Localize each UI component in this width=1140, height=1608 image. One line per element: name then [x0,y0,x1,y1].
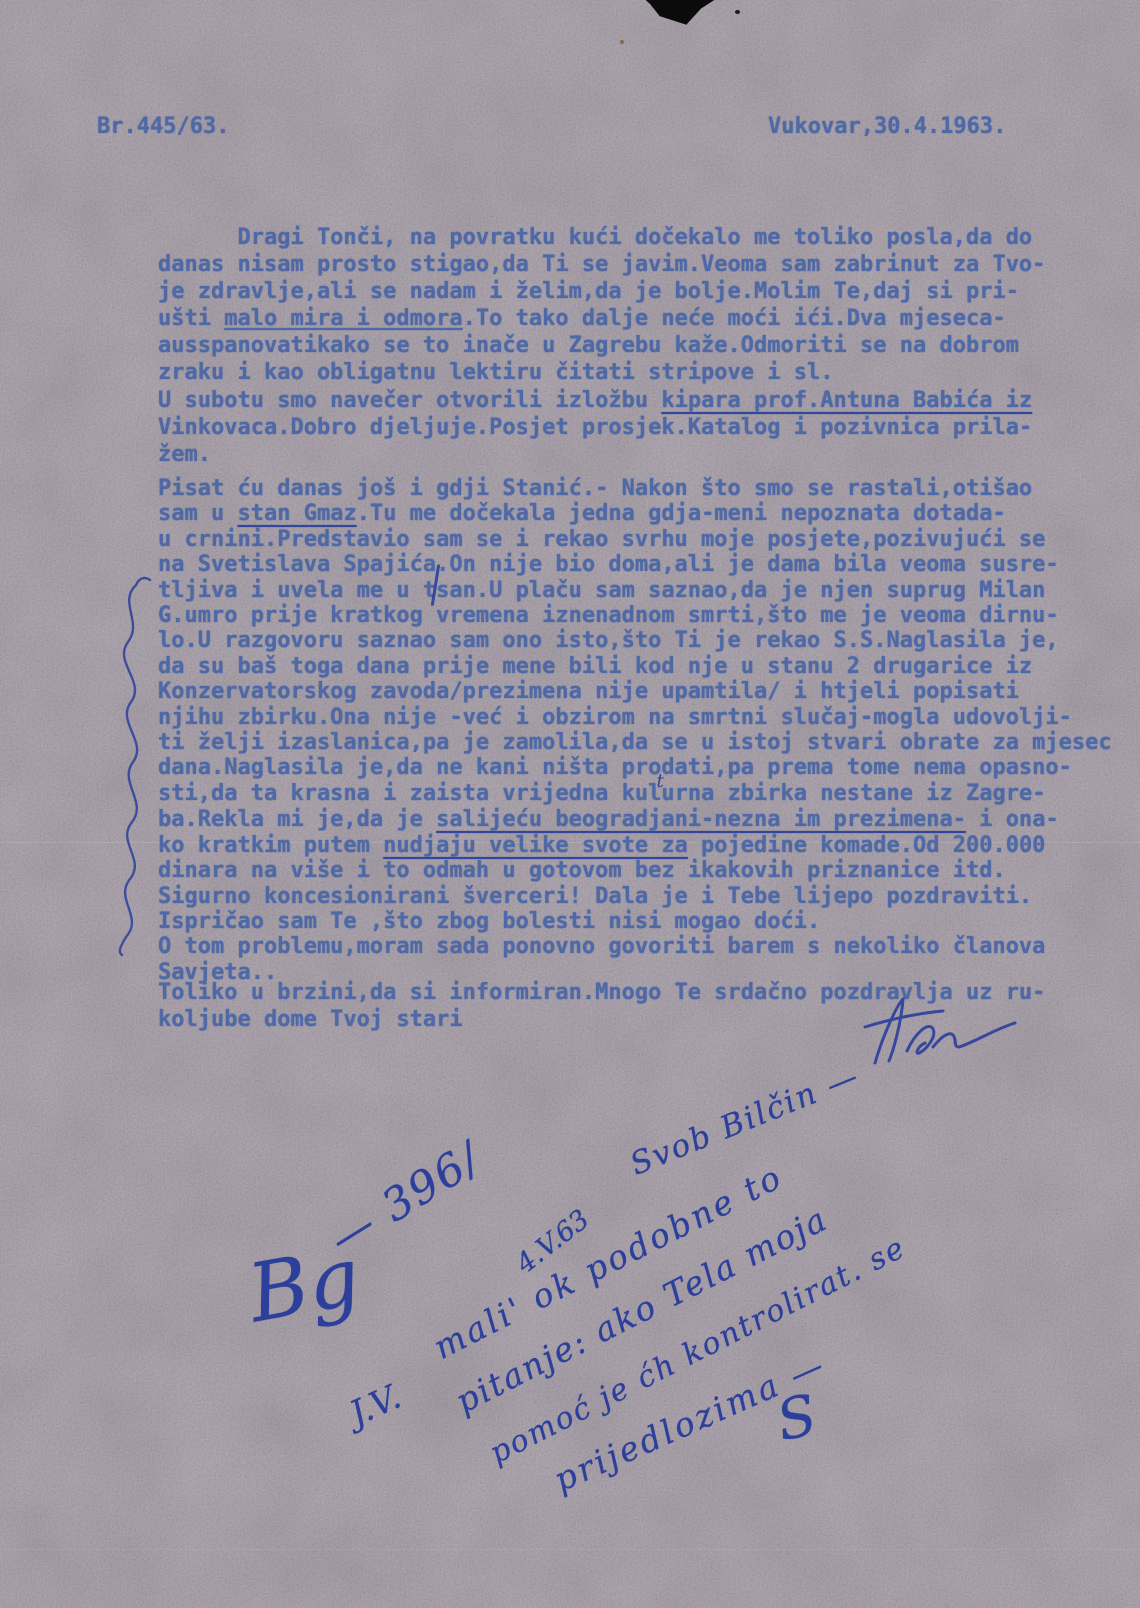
typed-line: ba.Rekla mi je,da je salijeću beogradjan… [158,807,1112,832]
typed-line: Ispričao sam Te ,što zbog bolesti nisi m… [158,909,1112,934]
typed-line: U subotu smo navečer otvorili izložbu ki… [158,387,1032,414]
typed-line: danas nisam prosto stigao,da Ti se javim… [158,251,1045,278]
reference-number: Br.445/63. [97,114,229,139]
paragraph-exhibition: U subotu smo navečer otvorili izložbu ki… [158,387,1032,468]
typed-line: Pisat ću danas još i gdji Stanić.- Nakon… [158,476,1112,501]
typed-line: je zdravlje,ali se nadam i želim,da je b… [158,278,1045,305]
typed-line: žem. [158,441,1032,468]
typed-line: u crnini.Predstavio sam se i rekao svrhu… [158,527,1112,552]
typed-line: njihu zbirku.Ona nije -već i obzirom na … [158,705,1112,730]
typed-line: G.umro prije kratkog vremena iznenadnom … [158,603,1112,628]
typed-line: koljube dome Tvoj stari [158,1006,1045,1033]
letter-page: Br.445/63. Vukovar,30.4.1963. Dragi Tonč… [0,0,1140,1608]
typed-line: Sigurno koncesionirani šverceri! Dala je… [158,884,1112,909]
paragraph-closing: Toliko u brzini,da si informiran.Mnogo T… [158,979,1045,1033]
typed-line: ti želji izaslanica,pa je zamolila,da se… [158,730,1112,755]
typed-line: Vinkovaca.Dobro djeljuje.Posjet prosjek.… [158,414,1032,441]
typed-line: na Svetislava Spajića.On nije bio doma,a… [158,552,1112,577]
typed-line: tljiva i uvela me u tsan.U plaču sam saz… [158,578,1112,603]
typed-line: da su baš toga dana prije mene bili kod … [158,654,1112,679]
typed-line: Toliko u brzini,da si informiran.Mnogo T… [158,979,1045,1006]
paragraph-greeting: Dragi Tonči, na povratku kući dočekalo m… [158,224,1045,386]
typed-line: dinara na više i to odmah u gotovom bez … [158,858,1112,883]
typed-line: O tom problemu,moram sada ponovno govori… [158,934,1112,959]
typed-line: Dragi Tonči, na povratku kući dočekalo m… [158,224,1045,251]
typed-line: ušti malo mira i odmora.To tako dalje ne… [158,305,1045,332]
typed-line: ko kratkim putem nudjaju velike svote za… [158,833,1112,858]
typed-line: ausspanovatikako se to inače u Zagrebu k… [158,332,1045,359]
dateline: Vukovar,30.4.1963. [768,114,1006,139]
typed-line: sti,da ta krasna i zaista vrijedna kultu… [158,781,1112,807]
typed-line: sam u stan Gmaz.Tu me dočekala jedna gdj… [158,501,1112,526]
typed-line: dana.Naglasila je,da ne kani ništa proda… [158,755,1112,780]
typed-line: lo.U razgovoru saznao sam ono isto,što T… [158,628,1112,653]
typed-line: zraku i kao obligatnu lektiru čitati str… [158,359,1045,386]
typed-line: Konzervatorskog zavoda/prezimena nije up… [158,679,1112,704]
paragraph-main: Pisat ću danas još i gdji Stanić.- Nakon… [158,476,1112,985]
